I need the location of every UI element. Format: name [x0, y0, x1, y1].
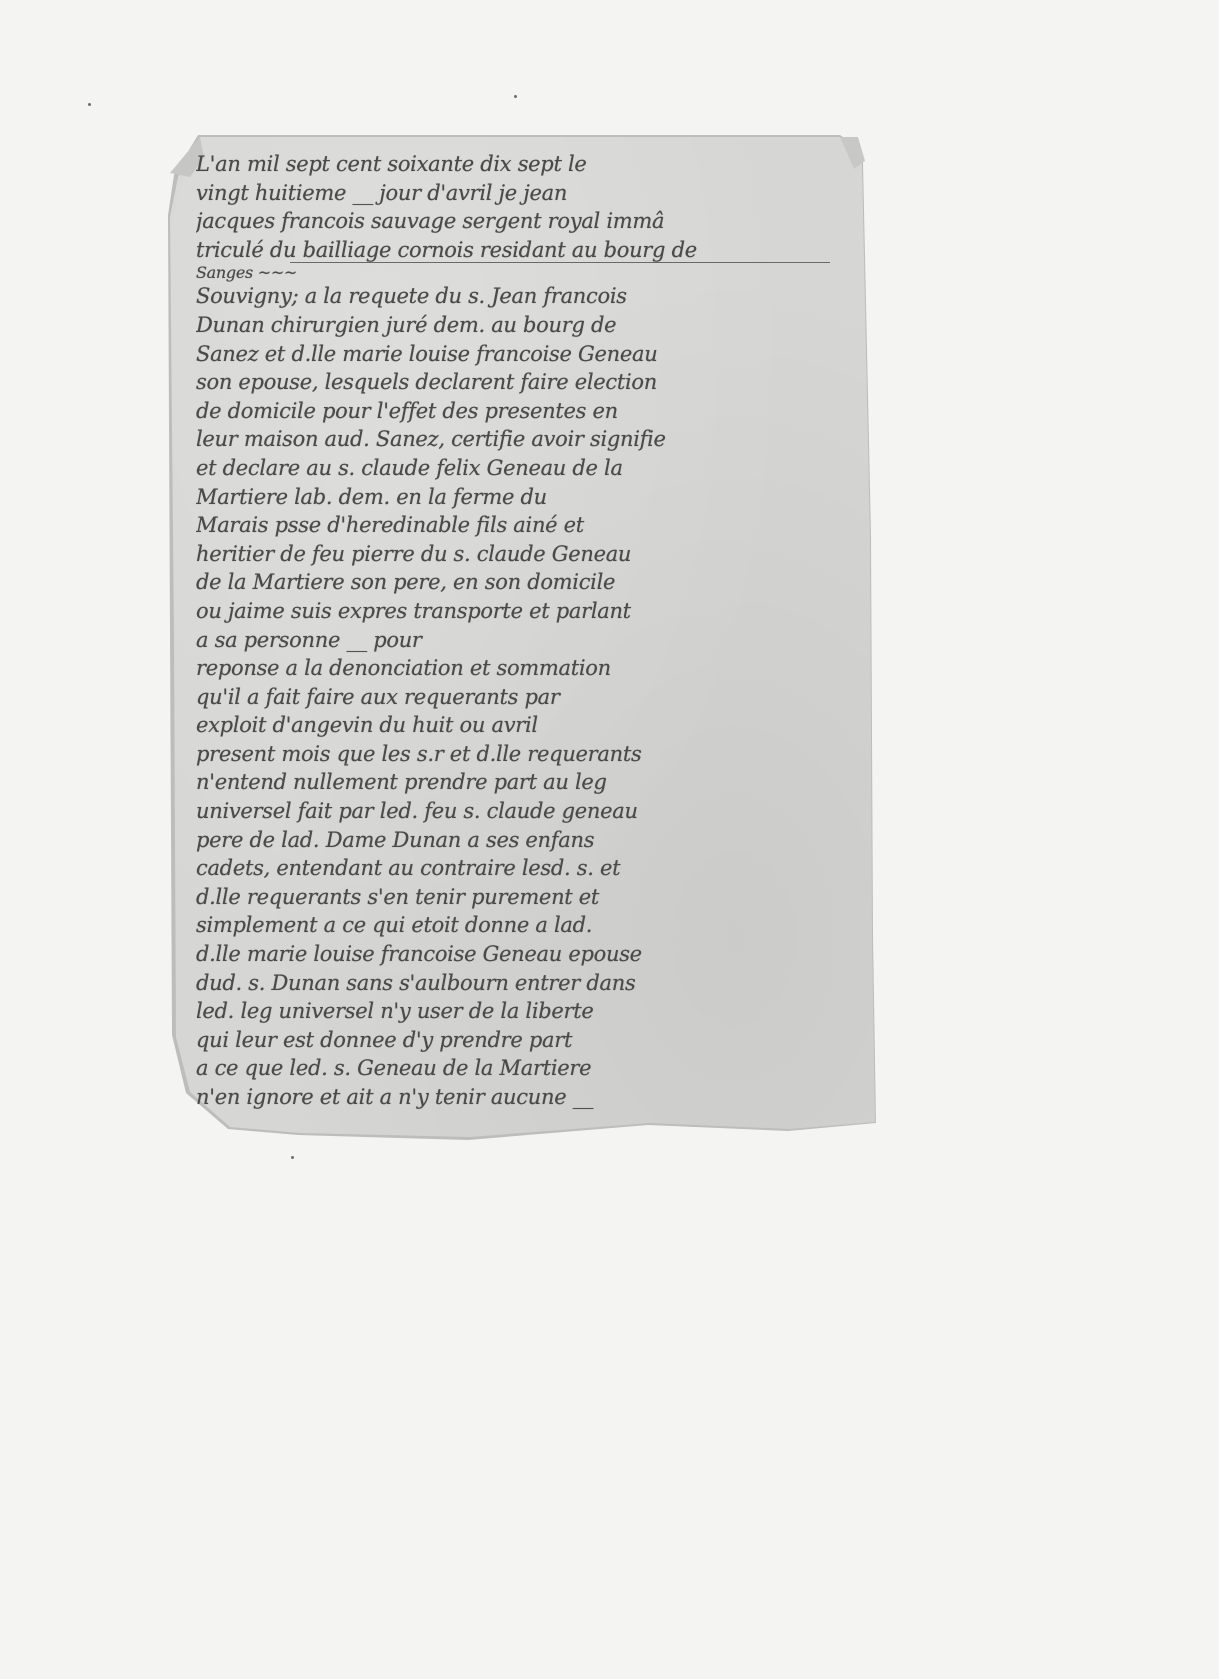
text-line: jacques francois sauvage sergent royal i…	[196, 207, 856, 236]
scan-speck	[291, 1156, 294, 1159]
text-line: heritier de feu pierre du s. claude Gene…	[196, 540, 856, 569]
handwritten-text: L'an mil sept cent soixante dix sept le …	[196, 150, 856, 1112]
scan-speck	[88, 103, 91, 106]
text-line: de la Martiere son pere, en son domicile	[196, 568, 856, 597]
text-line: Souvigny; a la requete du s. Jean franco…	[196, 282, 856, 311]
text-line: Martiere lab. dem. en la ferme du	[196, 483, 856, 512]
text-line: universel fait par led. feu s. claude ge…	[196, 797, 856, 826]
text-line: a sa personne __ pour	[196, 626, 856, 655]
text-line: simplement a ce qui etoit donne a lad.	[196, 911, 856, 940]
text-line: n'entend nullement prendre part au leg	[196, 768, 856, 797]
text-line: leur maison aud. Sanez, certifie avoir s…	[196, 425, 856, 454]
text-line: Sanges ~~~	[196, 264, 856, 282]
text-line: qui leur est donnee d'y prendre part	[196, 1026, 856, 1055]
text-line: ou jaime suis expres transporte et parla…	[196, 597, 856, 626]
text-line: Marais psse d'heredinable fils ainé et	[196, 511, 856, 540]
text-line: led. leg universel n'y user de la libert…	[196, 997, 856, 1026]
text-line: a ce que led. s. Geneau de la Martiere	[196, 1054, 856, 1083]
text-line: qu'il a fait faire aux requerants par	[196, 683, 856, 712]
text-line: present mois que les s.r et d.lle requer…	[196, 740, 856, 769]
text-line: vingt huitieme __ jour d'avril je jean	[196, 179, 856, 208]
text-line: reponse a la denonciation et sommation	[196, 654, 856, 683]
text-line: triculé du bailliage cornois residant au…	[196, 236, 856, 265]
text-line: dud. s. Dunan sans s'aulbourn entrer dan…	[196, 969, 856, 998]
text-line: d.lle requerants s'en tenir purement et	[196, 883, 856, 912]
text-line: d.lle marie louise francoise Geneau epou…	[196, 940, 856, 969]
text-line: L'an mil sept cent soixante dix sept le	[196, 150, 856, 179]
text-line: et declare au s. claude felix Geneau de …	[196, 454, 856, 483]
text-line: exploit d'angevin du huit ou avril	[196, 711, 856, 740]
text-line: cadets, entendant au contraire lesd. s. …	[196, 854, 856, 883]
scan-speck	[514, 95, 517, 98]
text-line: pere de lad. Dame Dunan a ses enfans	[196, 826, 856, 855]
text-line: son epouse, lesquels declarent faire ele…	[196, 368, 856, 397]
text-line: de domicile pour l'effet des presentes e…	[196, 397, 856, 426]
text-line: n'en ignore et ait a n'y tenir aucune __	[196, 1083, 856, 1112]
ruled-line	[290, 262, 830, 263]
text-line: Sanez et d.lle marie louise francoise Ge…	[196, 340, 856, 369]
text-line: Dunan chirurgien juré dem. au bourg de	[196, 311, 856, 340]
